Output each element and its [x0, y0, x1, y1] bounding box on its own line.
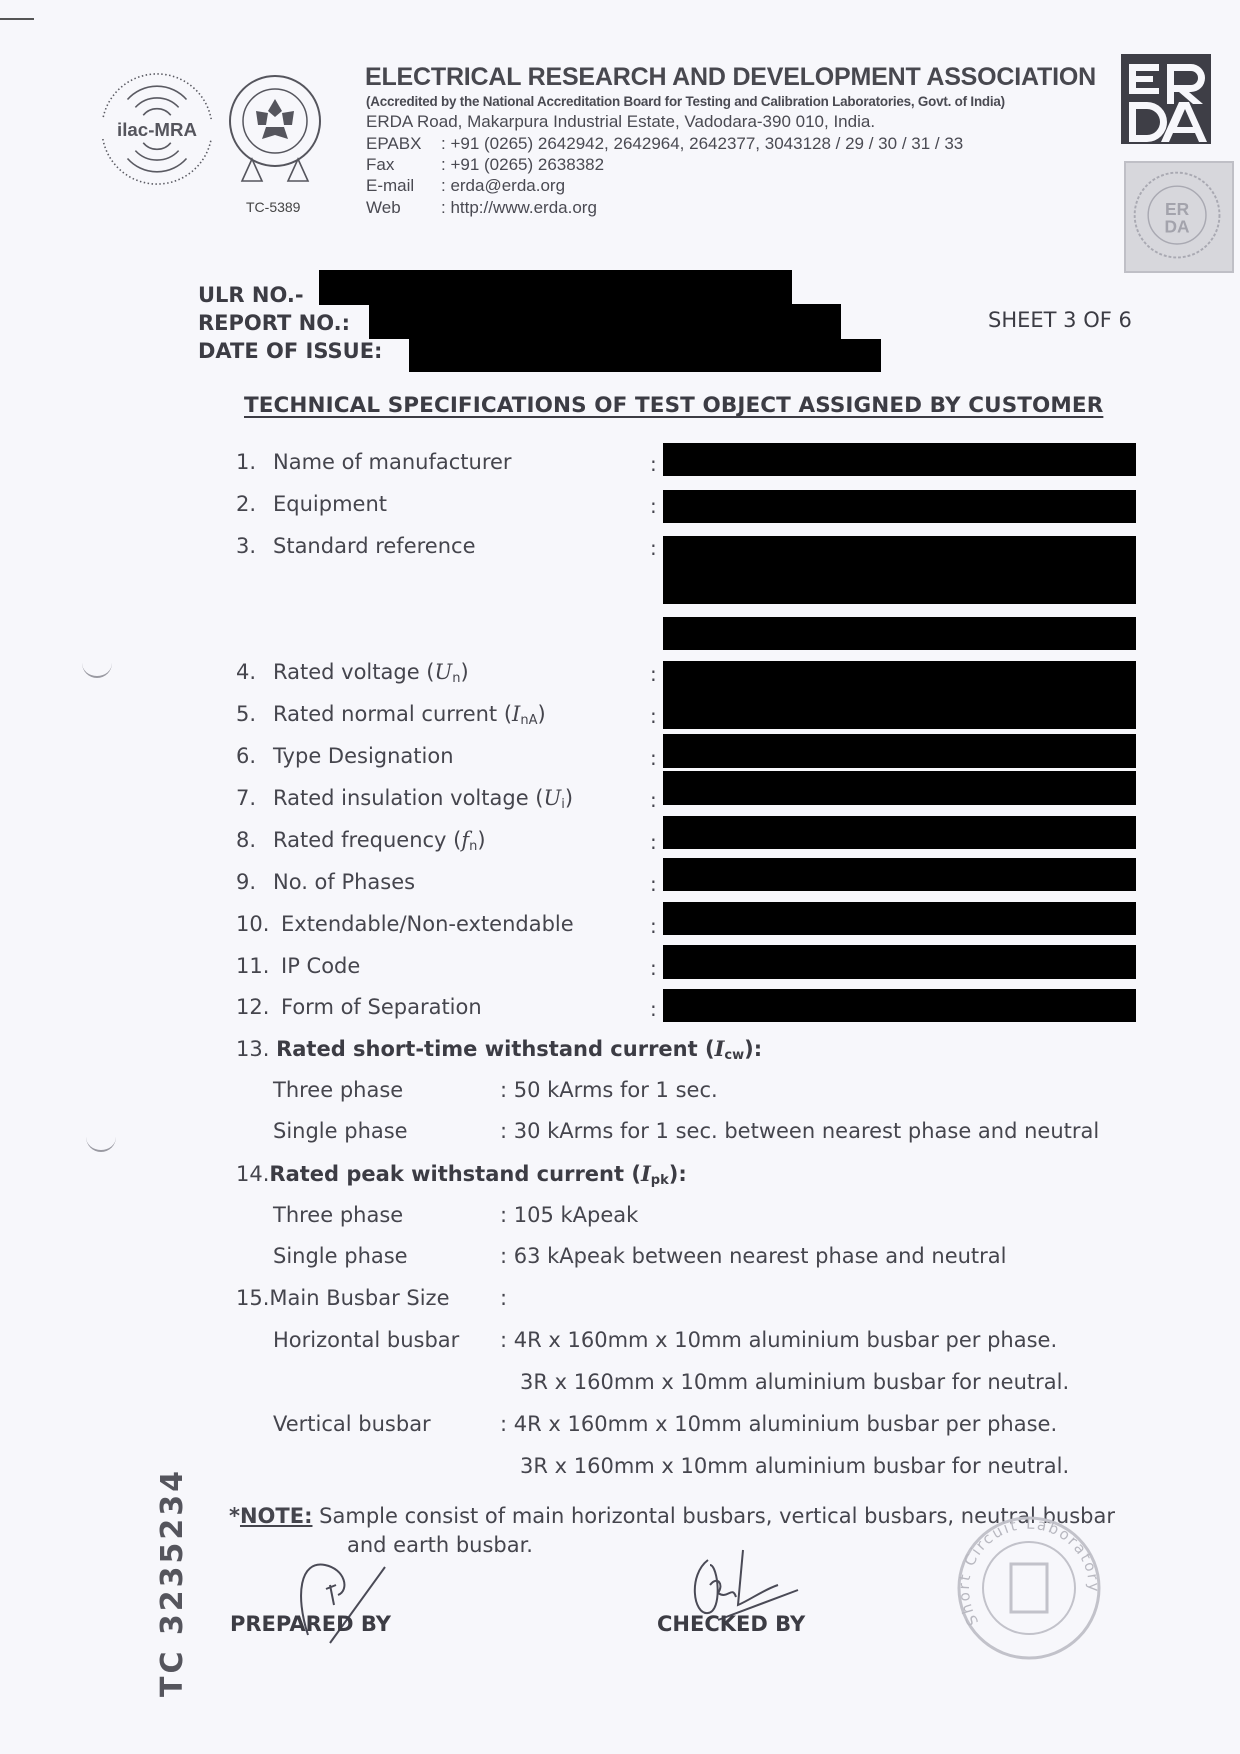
nabl-logo-icon [222, 73, 328, 189]
page-corner-mark [0, 18, 34, 20]
organization-address: ERDA Road, Makarpura Industrial Estate, … [366, 112, 875, 132]
spec-number: 2. [236, 492, 256, 516]
date-of-issue-redacted [409, 339, 881, 372]
svg-text:ilac-MRA: ilac-MRA [117, 119, 197, 140]
report-number-redacted [369, 304, 841, 339]
side-document-code: TC 3235234 [155, 1468, 190, 1697]
contact-value-web: : http://www.erda.org [441, 198, 597, 218]
horizontal-busbar-label: Horizontal busbar [273, 1328, 459, 1352]
spec-colon: : [650, 704, 657, 728]
spec-label: Extendable/Non-extendable [281, 912, 574, 936]
busbar-number: 15. [236, 1286, 269, 1310]
spec-value-redacted [663, 902, 1136, 935]
svg-text:DA: DA [1165, 216, 1191, 236]
spec-colon: : [650, 872, 657, 896]
spec-label: IP Code [281, 954, 360, 978]
spec-value-redacted [663, 536, 1136, 604]
contact-value-fax: : +91 (0265) 2638382 [441, 155, 604, 175]
short-time-three-phase-label: Three phase [273, 1078, 403, 1102]
spec-value-redacted [663, 617, 1136, 650]
spec-number: 10. [236, 912, 269, 936]
organization-name: ELECTRICAL RESEARCH AND DEVELOPMENT ASSO… [365, 63, 1096, 92]
note-line-2: and earth busbar. [347, 1533, 533, 1557]
peak-single-phase-label: Single phase [273, 1244, 408, 1268]
busbar-title: Main Busbar Size [269, 1286, 449, 1310]
sheet-number: SHEET 3 OF 6 [988, 308, 1132, 332]
spec-label: Standard reference [273, 534, 475, 558]
ulr-number-redacted [319, 270, 792, 305]
spec-label: Rated insulation voltage (Ui) [273, 786, 573, 812]
horizontal-busbar-line1: : 4R x 160mm x 10mm aluminium busbar per… [500, 1328, 1057, 1352]
contact-value-email: : erda@erda.org [441, 176, 565, 196]
spec-label: Form of Separation [281, 995, 482, 1019]
erda-embossed-stamp-icon: ER DA [1124, 161, 1234, 273]
spec-colon: : [650, 914, 657, 938]
contact-label-email: E-mail [366, 176, 414, 196]
spec-value-redacted [663, 443, 1136, 476]
peak-three-phase-value: : 105 kApeak [500, 1203, 638, 1227]
peak-single-phase-value: : 63 kApeak between nearest phase and ne… [500, 1244, 1007, 1268]
checked-by-label: CHECKED BY [657, 1612, 805, 1636]
vertical-busbar-label: Vertical busbar [273, 1412, 431, 1436]
spec-colon: : [650, 997, 657, 1021]
spec-label: Rated normal current (InA) [273, 702, 546, 728]
short-time-single-phase-value: : 30 kArms for 1 sec. between nearest ph… [500, 1119, 1099, 1143]
spec-value-redacted [663, 816, 1136, 849]
spec-number: 9. [236, 870, 256, 894]
contact-value-epabx: : +91 (0265) 2642942, 2642964, 2642377, … [441, 134, 963, 154]
peak-current-title: Rated peak withstand current (Ipk): [269, 1162, 686, 1186]
spec-value-redacted [663, 490, 1136, 523]
ilac-mra-logo-icon: ilac-MRA [98, 70, 216, 188]
spec-colon: : [650, 956, 657, 980]
spec-colon: : [650, 494, 657, 518]
peak-three-phase-label: Three phase [273, 1203, 403, 1227]
spec-value-redacted [663, 771, 1136, 805]
short-circuit-laboratory-seal-icon: Short Circuit Laboratory [953, 1512, 1105, 1664]
vertical-busbar-line1: : 4R x 160mm x 10mm aluminium busbar per… [500, 1412, 1057, 1436]
peak-current-number: 14. [236, 1162, 269, 1186]
spec-value-redacted [663, 734, 1136, 768]
accreditation-note: (Accredited by the National Accreditatio… [366, 94, 1005, 109]
spec-number: 4. [236, 660, 256, 684]
short-time-current-heading: 13. Rated short-time withstand current (… [236, 1036, 762, 1063]
spec-number: 3. [236, 534, 256, 558]
report-number-label: REPORT NO.: [198, 311, 350, 335]
short-time-single-phase-label: Single phase [273, 1119, 408, 1143]
spec-label: Rated voltage (Un) [273, 660, 469, 686]
busbar-colon: : [500, 1286, 507, 1310]
spec-number: 12. [236, 995, 269, 1019]
spec-colon: : [650, 452, 657, 476]
horizontal-busbar-line2: 3R x 160mm x 10mm aluminium busbar for n… [520, 1370, 1069, 1394]
spec-label: Type Designation [273, 744, 454, 768]
spec-number: 11. [236, 954, 269, 978]
spec-number: 1. [236, 450, 256, 474]
spec-colon: : [650, 830, 657, 854]
spec-colon: : [650, 536, 657, 560]
vertical-busbar-line2: 3R x 160mm x 10mm aluminium busbar for n… [520, 1454, 1069, 1478]
short-time-current-title: Rated short-time withstand current (Icw)… [276, 1037, 762, 1061]
date-of-issue-label: DATE OF ISSUE: [198, 339, 382, 363]
peak-current-heading: 14.Rated peak withstand current (Ipk): [236, 1161, 687, 1188]
spec-label: Rated frequency (fn) [273, 828, 486, 854]
busbar-heading: 15.Main Busbar Size [236, 1286, 450, 1310]
contact-label-fax: Fax [366, 155, 394, 175]
prepared-by-label: PREPARED BY [230, 1612, 391, 1636]
spec-colon: : [650, 788, 657, 812]
spec-value-redacted [663, 989, 1136, 1022]
nabl-certificate-code: TC-5389 [246, 199, 300, 215]
section-heading: TECHNICAL SPECIFICATIONS OF TEST OBJECT … [244, 393, 1103, 418]
contact-label-epabx: EPABX [366, 134, 421, 154]
spec-label: No. of Phases [273, 870, 415, 894]
short-time-three-phase-value: : 50 kArms for 1 sec. [500, 1078, 718, 1102]
short-time-current-number: 13. [236, 1037, 269, 1061]
spec-number: 6. [236, 744, 256, 768]
spec-value-redacted [663, 945, 1136, 979]
spec-number: 5. [236, 702, 256, 726]
spec-colon: : [650, 746, 657, 770]
spec-number: 8. [236, 828, 256, 852]
punch-hole-mark [82, 656, 112, 678]
spec-value-redacted [663, 858, 1136, 891]
erda-logo-icon [1121, 54, 1211, 144]
note-label: NOTE: [240, 1504, 313, 1528]
punch-hole-mark [86, 1130, 116, 1152]
ulr-label: ULR NO.- [198, 283, 304, 307]
spec-value-redacted [663, 661, 1136, 729]
spec-label: Name of manufacturer [273, 450, 512, 474]
spec-label: Equipment [273, 492, 387, 516]
spec-number: 7. [236, 786, 256, 810]
contact-label-web: Web [366, 198, 401, 218]
spec-colon: : [650, 662, 657, 686]
